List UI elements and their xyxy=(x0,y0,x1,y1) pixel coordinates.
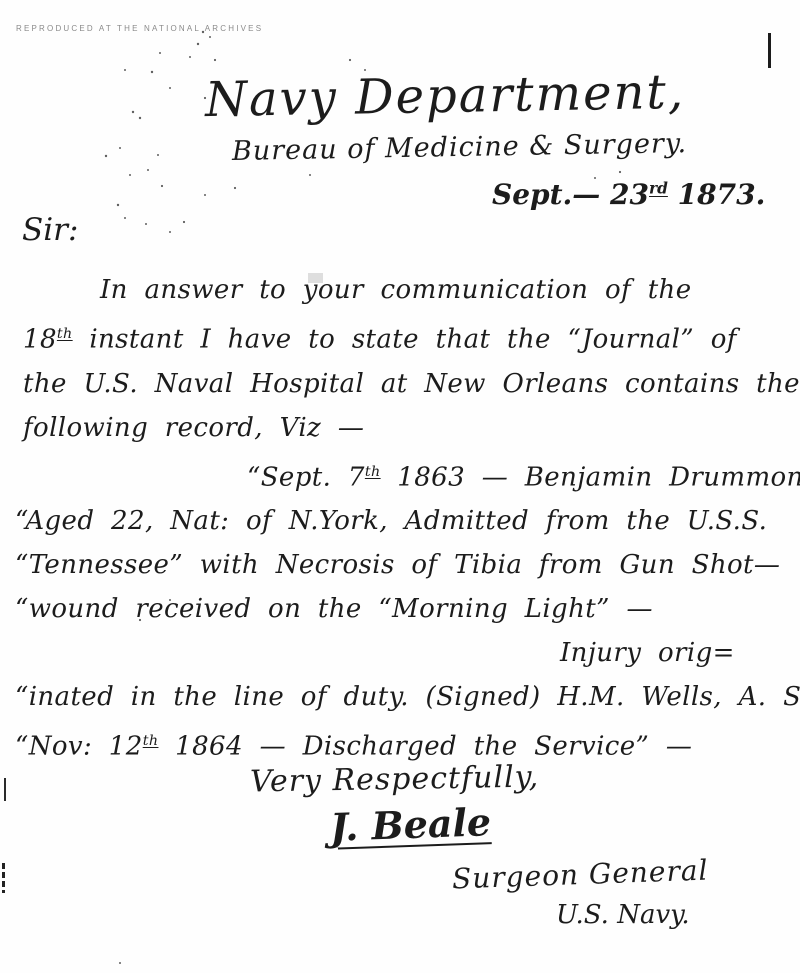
letter-line: following record, Viz — xyxy=(23,406,795,450)
letter-line: “inated in the line of duty. (Signed) H.… xyxy=(15,675,795,719)
ink-mark-right-edge xyxy=(768,33,771,68)
letter-body: In answer to your communication of the18… xyxy=(15,268,795,769)
ink-mark-left-edge-lower xyxy=(2,863,5,893)
signature: J. Beale xyxy=(329,799,492,850)
letter-line: “Tennessee” with Necrosis of Tibia from … xyxy=(15,543,795,587)
letter-line: Injury orig= xyxy=(560,631,795,675)
letter-line: “wound received on the “Morning Light” — xyxy=(15,587,795,631)
valediction: Very Respectfully, xyxy=(250,759,540,799)
letter-line: “Sept. 7th 1863 — Benjamin Drummond, O.S xyxy=(247,450,795,500)
signer-title: Surgeon General xyxy=(452,854,709,896)
letterhead-subtitle: Bureau of Medicine & Surgery. xyxy=(232,128,688,167)
letter-line: “Aged 22, Nat: of N.York, Admitted from … xyxy=(15,499,795,543)
letter-line: the U.S. Naval Hospital at New Orleans c… xyxy=(23,362,795,406)
letter-page: REPRODUCED AT THE NATIONAL ARCHIVES Navy… xyxy=(0,0,800,973)
ink-mark-left-edge-upper xyxy=(4,778,6,801)
letter-line: In answer to your communication of the xyxy=(100,268,795,312)
salutation: Sir: xyxy=(22,212,78,248)
letter-line: 18th instant I have to state that the “J… xyxy=(23,312,795,362)
archives-stamp: REPRODUCED AT THE NATIONAL ARCHIVES xyxy=(16,24,263,33)
letter-date: Sept.— 23rd 1873. xyxy=(492,178,765,211)
letterhead-title: Navy Department, xyxy=(205,64,686,128)
signer-organization: U.S. Navy. xyxy=(556,900,690,930)
